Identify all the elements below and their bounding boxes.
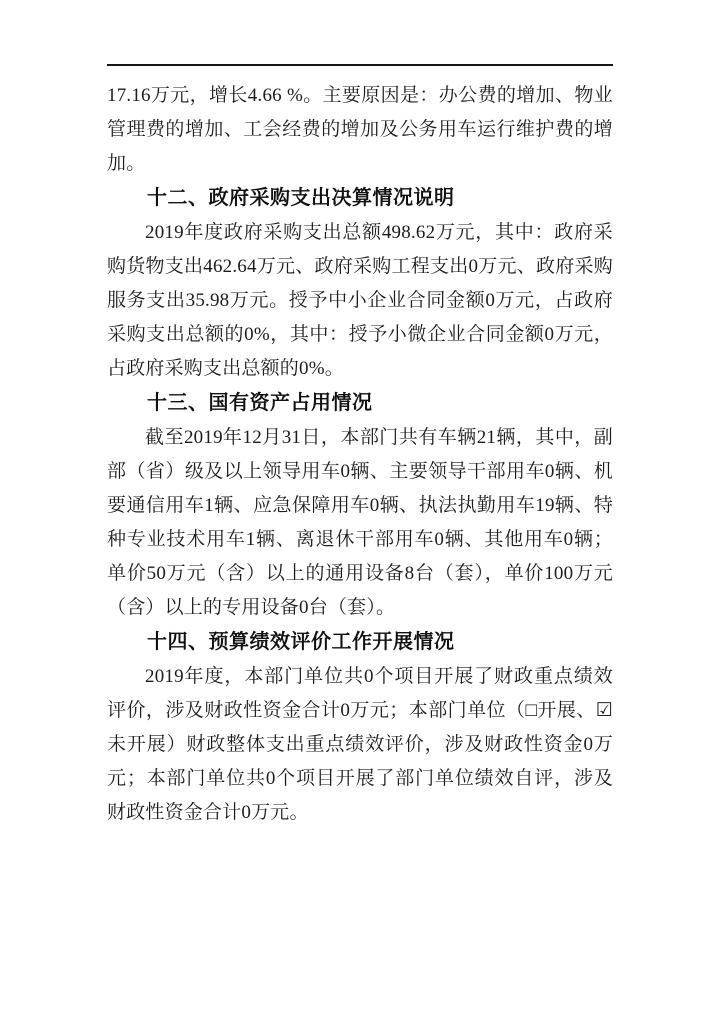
document-content: 17.16万元，增长4.66 %。主要原因是：办公费的增加、物业管理费的增加、工… (107, 79, 613, 830)
carryover-paragraph: 17.16万元，增长4.66 %。主要原因是：办公费的增加、物业管理费的增加、工… (107, 79, 613, 181)
section-paragraph-performance-evaluation: 2019年度，本部门单位共0个项目开展了财政重点绩效评价，涉及财政性资金合计0万… (107, 660, 613, 830)
section-heading-procurement-expenditure: 十二、政府采购支出决算情况说明 (107, 181, 613, 216)
section-heading-performance-evaluation: 十四、预算绩效评价工作开展情况 (107, 625, 613, 660)
section-paragraph-state-assets: 截至2019年12月31日，本部门共有车辆21辆，其中，副部（省）级及以上领导用… (107, 421, 613, 625)
document-page: 17.16万元，增长4.66 %。主要原因是：办公费的增加、物业管理费的增加、工… (0, 0, 720, 1018)
section-heading-state-assets: 十三、国有资产占用情况 (107, 386, 613, 421)
page-header-rule (107, 64, 613, 66)
section-paragraph-procurement-expenditure: 2019年度政府采购支出总额498.62万元，其中：政府采购货物支出462.64… (107, 216, 613, 386)
